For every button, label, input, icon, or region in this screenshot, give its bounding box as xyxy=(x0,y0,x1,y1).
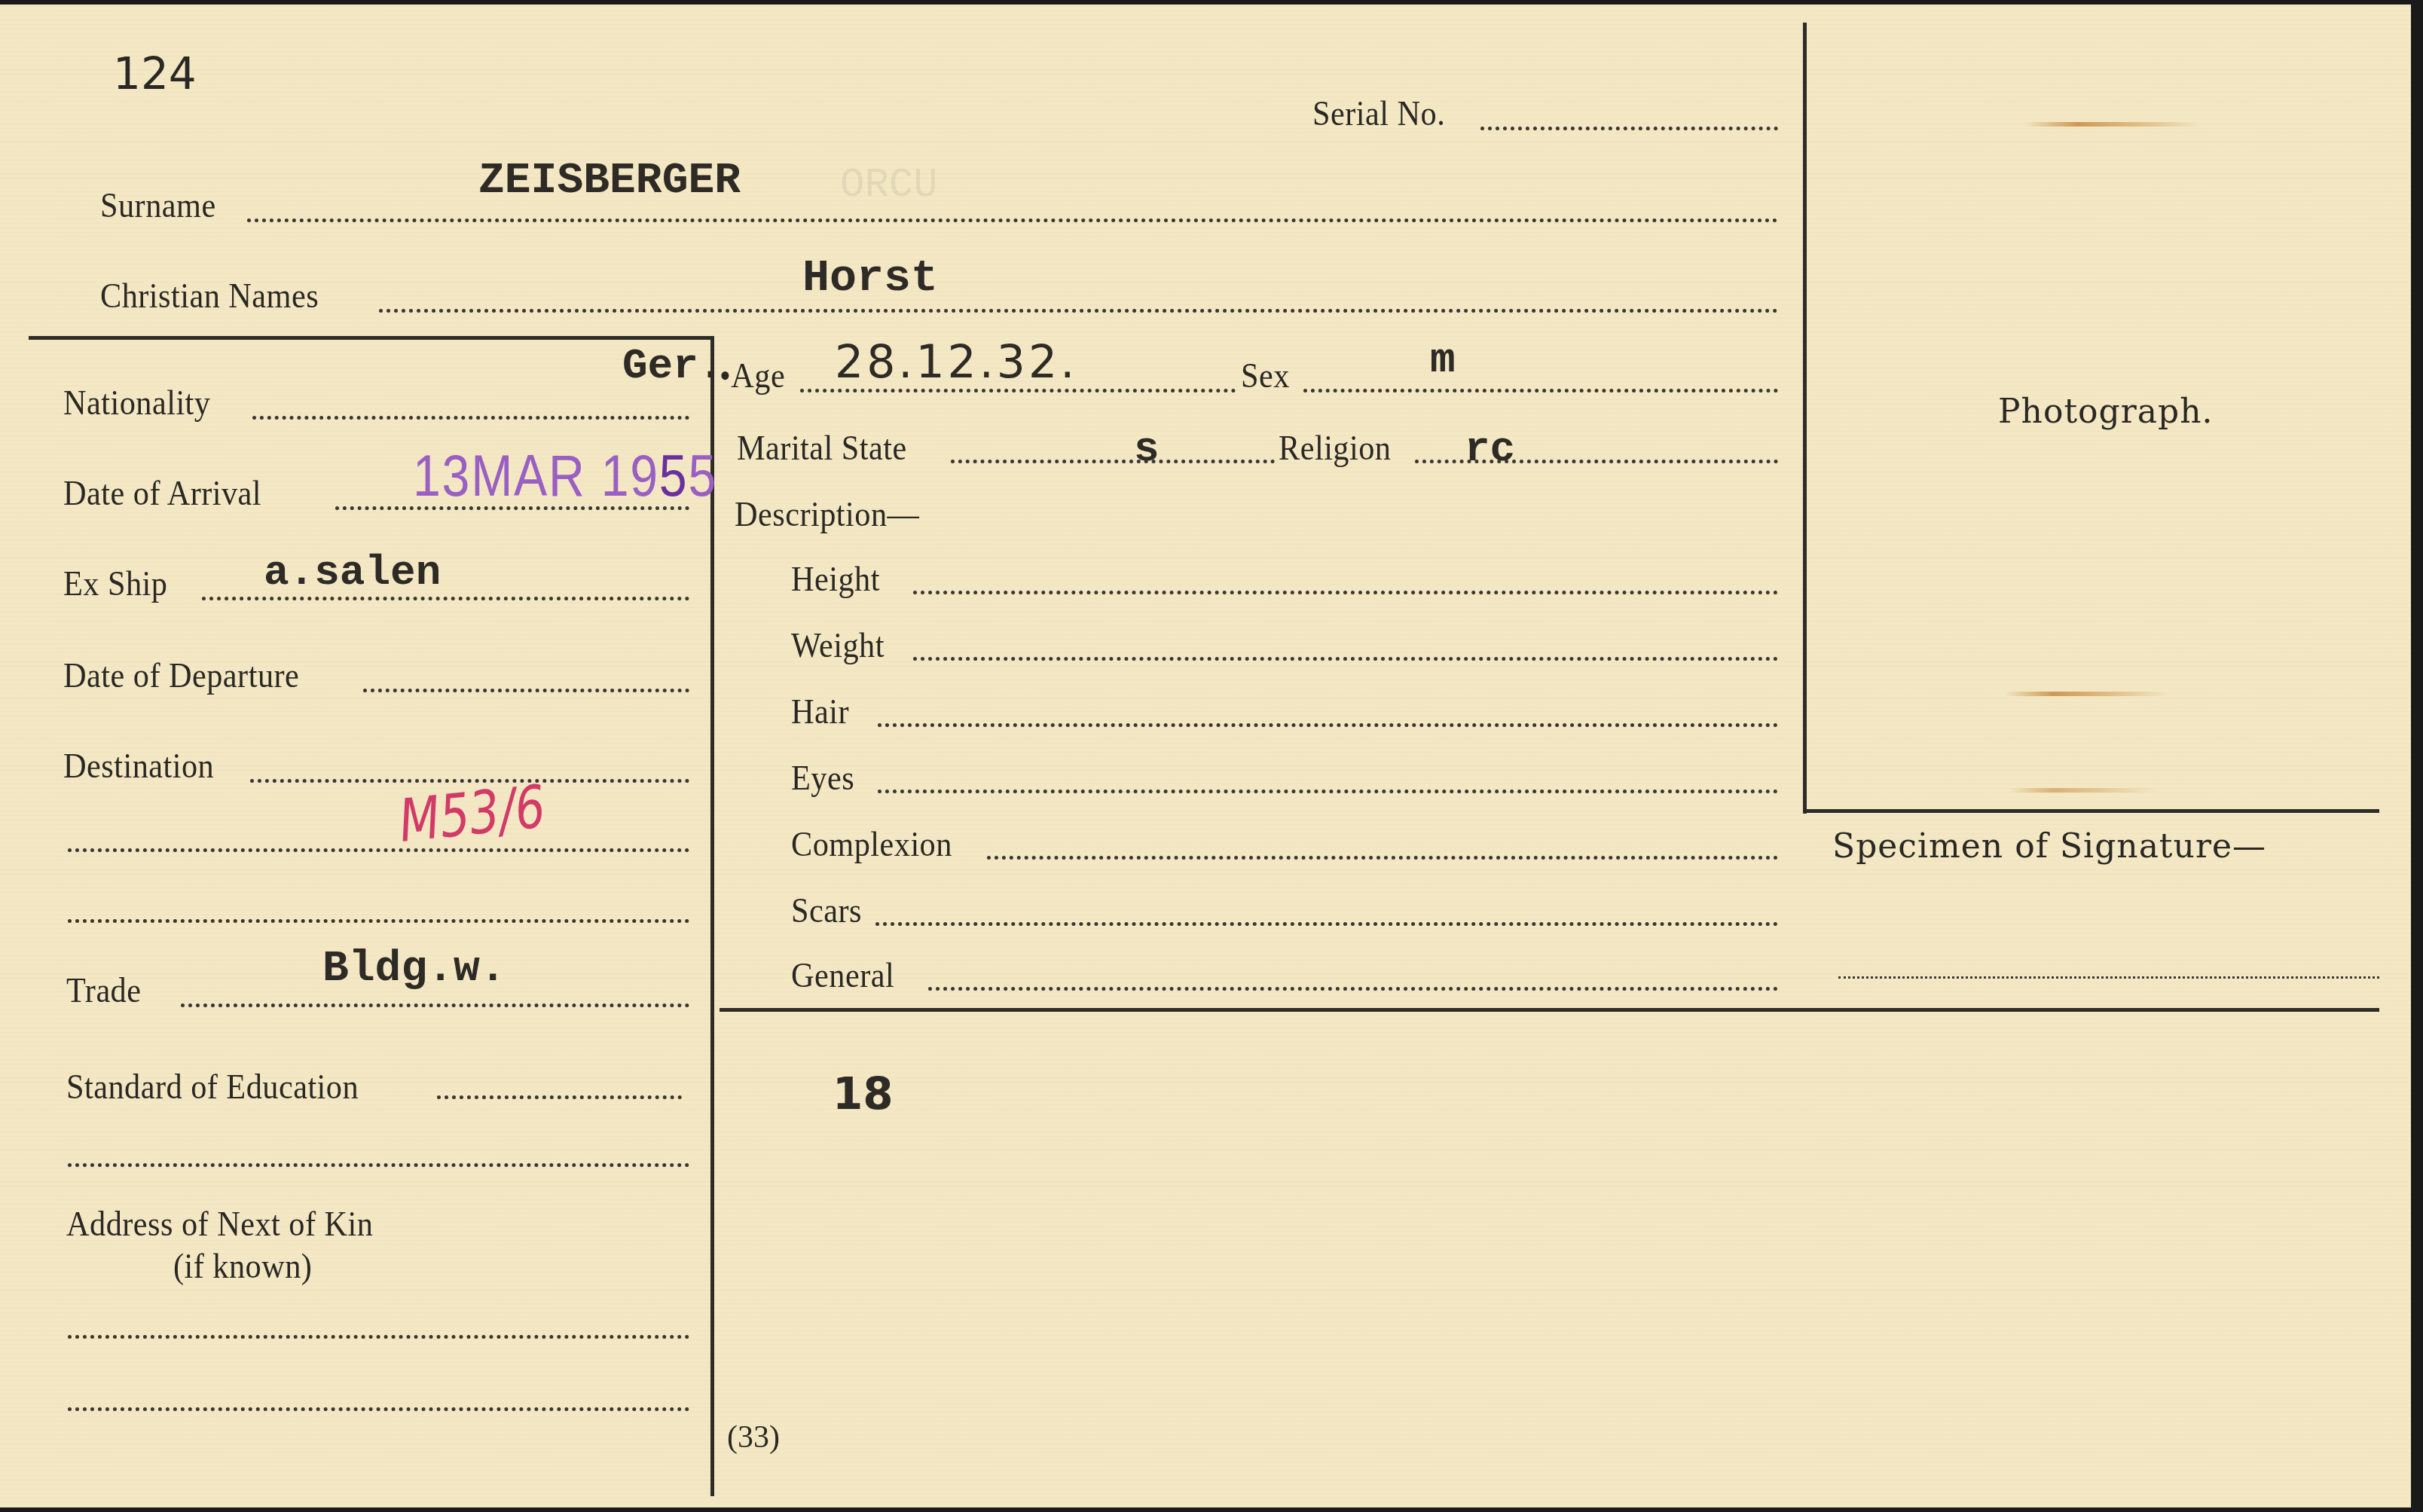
surname-faded-overlay: ORCU xyxy=(840,163,938,209)
destination-field-line-2[interactable] xyxy=(68,848,689,852)
christian-names-field-line xyxy=(379,309,1778,313)
general-label: General xyxy=(791,955,894,995)
weight-field[interactable] xyxy=(913,657,1778,661)
scars-label: Scars xyxy=(791,890,862,930)
trade-label: Trade xyxy=(66,970,141,1010)
age-value[interactable]: 28.12.32. xyxy=(835,336,1077,389)
form-code: (33) xyxy=(727,1419,780,1455)
sex-field-line xyxy=(1303,389,1778,393)
surname-field-line xyxy=(247,218,1778,222)
date-of-departure-label: Date of Departure xyxy=(63,655,299,695)
left-column-divider xyxy=(710,336,714,1496)
next-of-kin-field-line-1[interactable] xyxy=(68,1335,689,1339)
date-of-departure-field[interactable] xyxy=(363,689,689,692)
date-of-arrival-field-line xyxy=(335,506,689,510)
hair-label: Hair xyxy=(791,692,849,732)
scars-field[interactable] xyxy=(875,922,1778,926)
index-number: 18 xyxy=(833,1068,894,1119)
standard-of-education-field[interactable] xyxy=(437,1095,682,1099)
religion-label: Religion xyxy=(1279,428,1391,468)
sex-value[interactable]: m xyxy=(1430,336,1456,384)
trade-field-line xyxy=(181,1003,689,1007)
photo-box-bottom-border xyxy=(1803,809,2379,813)
destination-handwritten-note: M53/6 xyxy=(396,773,548,856)
surname-value[interactable]: ZEISBERGER xyxy=(478,157,741,206)
ex-ship-field-line xyxy=(202,597,689,600)
ex-ship-label: Ex Ship xyxy=(63,564,167,603)
standard-of-education-label: Standard of Education xyxy=(66,1067,359,1107)
stamp-year-digit-4: 5 xyxy=(688,442,717,509)
card-number: 124 xyxy=(113,48,197,99)
date-of-arrival-label: Date of Arrival xyxy=(63,473,261,513)
trade-value[interactable]: Bldg.w. xyxy=(322,945,506,994)
nationality-label: Nationality xyxy=(63,383,210,423)
nationality-field-line xyxy=(252,416,689,420)
description-bottom-rule xyxy=(720,1008,2379,1012)
christian-names-label: Christian Names xyxy=(100,276,319,316)
eyes-label: Eyes xyxy=(791,758,854,798)
religion-value[interactable]: rc xyxy=(1465,425,1515,473)
height-label: Height xyxy=(791,559,880,599)
signature-field[interactable] xyxy=(1838,976,2379,979)
christian-names-value[interactable]: Horst xyxy=(802,253,938,304)
description-label: Description— xyxy=(735,494,919,534)
stamp-day-month: 13MAR xyxy=(413,442,586,509)
ex-ship-value[interactable]: a.salen xyxy=(264,548,441,597)
complexion-label: Complexion xyxy=(791,824,952,864)
stamp-year-prefix: 19 xyxy=(601,442,659,509)
signature-label: Specimen of Signature— xyxy=(1832,827,2266,866)
serial-no-label: Serial No. xyxy=(1312,93,1445,133)
registration-card: 124 Serial No. Surname ZEISBERGER ORCU C… xyxy=(0,5,2411,1507)
next-of-kin-label: Address of Next of Kin xyxy=(66,1204,373,1244)
date-of-arrival-stamp[interactable]: 13MAR 1955 xyxy=(413,441,717,510)
sex-label: Sex xyxy=(1241,356,1290,396)
hair-field[interactable] xyxy=(878,723,1778,727)
weight-label: Weight xyxy=(791,625,885,665)
complexion-field[interactable] xyxy=(987,856,1778,860)
surname-label: Surname xyxy=(100,185,216,225)
standard-of-education-field-line-2[interactable] xyxy=(68,1163,689,1167)
destination-label: Destination xyxy=(63,746,214,786)
marital-state-value[interactable]: s xyxy=(1134,425,1160,473)
marital-state-field-line xyxy=(951,460,1275,463)
marital-state-label: Marital State xyxy=(737,428,907,468)
height-field[interactable] xyxy=(913,591,1778,594)
destination-field-line-3[interactable] xyxy=(68,919,689,923)
age-label: •Age xyxy=(720,356,785,396)
next-of-kin-field-line-2[interactable] xyxy=(68,1407,689,1411)
religion-field-line xyxy=(1415,460,1778,463)
stamp-year-digit-3: 5 xyxy=(659,442,689,509)
next-of-kin-sublabel: (if known) xyxy=(173,1246,312,1286)
eyes-field[interactable] xyxy=(878,790,1778,793)
age-field-line xyxy=(800,389,1236,393)
header-divider xyxy=(29,336,714,340)
photograph-box xyxy=(1805,24,2379,808)
serial-no-field[interactable] xyxy=(1480,127,1778,130)
general-field[interactable] xyxy=(928,987,1778,991)
nationality-value[interactable]: Ger. xyxy=(622,342,723,390)
